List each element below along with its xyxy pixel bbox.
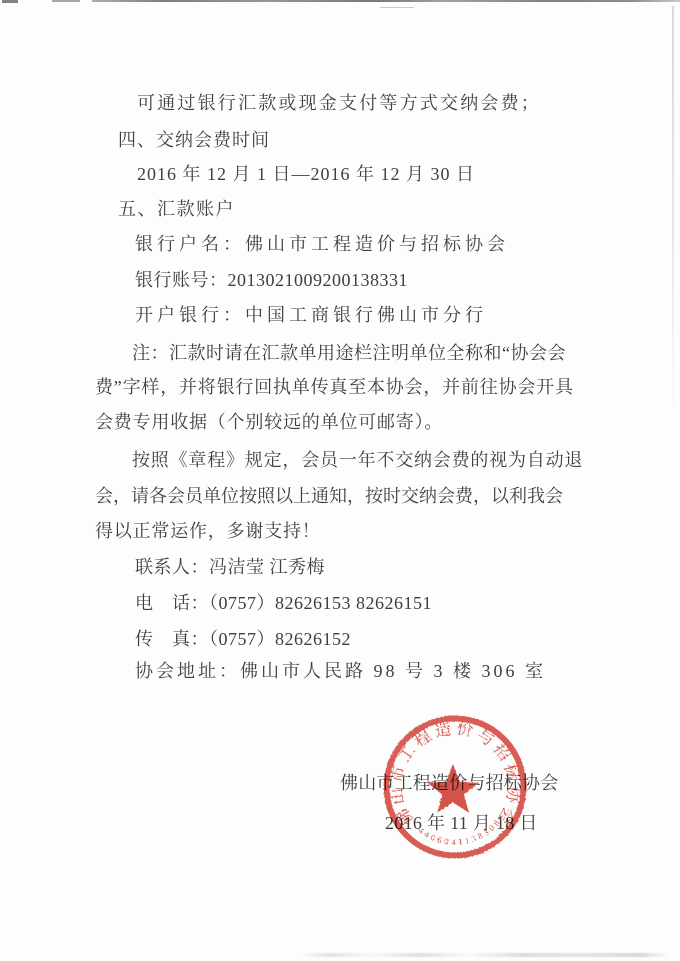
scan-artifact-dash bbox=[380, 7, 414, 8]
scan-artifact-bottom-smudge bbox=[300, 953, 670, 957]
scan-artifact-dash bbox=[2, 0, 18, 3]
section5-heading: 五、汇款账户 bbox=[118, 198, 235, 220]
seal-star-icon bbox=[427, 764, 478, 813]
contacts-line: 联系人：冯洁莹 江秀梅 bbox=[135, 556, 325, 578]
bylaws-reminder-line: 得以正常运作，多谢支持！ bbox=[95, 520, 321, 542]
section4-heading: 四、交纳会费时间 bbox=[118, 129, 270, 151]
address-line: 协会地址：佛山市人民路 98 号 3 楼 306 室 bbox=[135, 660, 546, 682]
phone-line: 电 话：（0757）82626153 82626151 bbox=[135, 592, 432, 614]
payment-period-line: 2016 年 12 月 1 日—2016 年 12 月 30 日 bbox=[137, 163, 475, 185]
seal-number: 4406041138308 bbox=[416, 818, 501, 847]
bylaws-reminder-line: 按照《章程》规定，会员一年不交纳会费的视为自动退 bbox=[132, 449, 583, 471]
scanned-document-page: 可通过银行汇款或现金支付等方式交纳会费； 四、交纳会费时间 2016 年 12 … bbox=[0, 0, 680, 961]
official-seal: 佛山市工程造价与招标协会 4406041138308 bbox=[372, 704, 540, 872]
scan-artifact-top-line bbox=[92, 0, 680, 2]
fax-line: 传 真：（0757）82626152 bbox=[135, 628, 351, 650]
bank-account-number-line: 银行账号：2013021009200138331 bbox=[135, 269, 408, 291]
bank-branch-line: 开户银行：中国工商银行佛山市分行 bbox=[135, 304, 487, 326]
seal-number-holder: 4406041138308 bbox=[416, 818, 501, 847]
scan-artifact-right-edge bbox=[672, 6, 674, 426]
bank-account-name-line: 银行户名：佛山市工程造价与招标协会 bbox=[135, 233, 509, 255]
payment-method-line: 可通过银行汇款或现金支付等方式交纳会费； bbox=[137, 92, 541, 114]
remittance-note-line: 会费专用收据（个别较远的单位可邮寄）。 bbox=[95, 411, 443, 433]
remittance-note-line: 注：汇款时请在汇款单用途栏注明单位全称和“协会会 bbox=[132, 342, 566, 364]
bylaws-reminder-line: 会，请各会员单位按照以上通知，按时交纳会费，以利我会 bbox=[95, 485, 563, 507]
remittance-note-line: 费”字样，并将银行回执单传真至本协会，并前往协会开具 bbox=[95, 376, 574, 398]
scan-artifact-dash bbox=[52, 0, 80, 2]
